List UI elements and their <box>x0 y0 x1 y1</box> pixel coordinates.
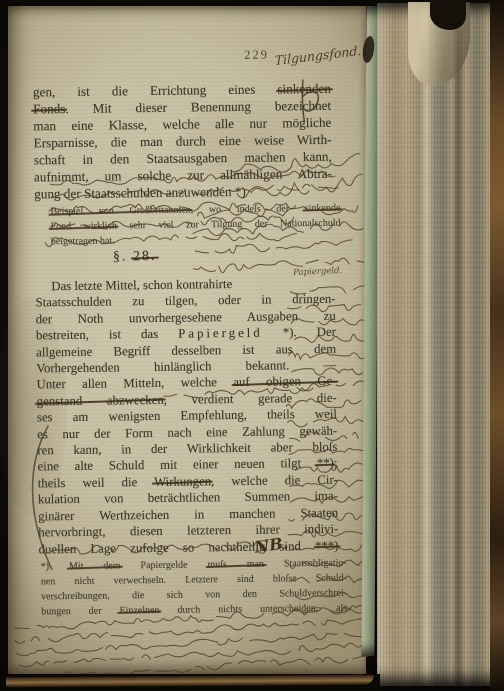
margin-note-tilgungsfond: Tilgungsfond. <box>275 43 362 68</box>
page-content: 229 Tilgungsfond. gen, ist die Errichtun… <box>4 3 370 675</box>
printed-paragraph-1: gen, ist die Errichtung eines sinkendenF… <box>33 80 332 203</box>
printed-text-segment: Beispiel von Großbritannien <box>50 205 190 218</box>
printed-text-segment: Staatsobligatio- <box>264 558 347 570</box>
printed-text-segment: aufnimmt, um solche zur allmähligen Abtr… <box>34 166 332 185</box>
printed-text-segment: Wirkungen <box>154 474 211 489</box>
printed-text-segment: beigetragen hat. <box>51 235 115 247</box>
printed-text-segment: auf obigen Ge- <box>233 374 336 389</box>
printed-text-segment: gung der Staatsschulden anzuwenden *) <box>34 184 246 202</box>
printed-text-segment: Fond wirklich <box>51 220 117 232</box>
page-number: 229 <box>232 47 280 63</box>
printed-text-segment: , welche die Cir- <box>211 473 338 489</box>
printed-text-segment: sehr viel zur Tilgung der Nationalschuld <box>117 218 341 232</box>
printed-text-segment: durch nichts unterscheiden, als <box>159 603 347 616</box>
printed-text-segment: , verdient gerade die- <box>164 391 337 407</box>
section-heading: §. 28. <box>113 249 157 266</box>
printed-text-segment: bungen der <box>41 605 119 617</box>
printed-text-segment: , wo indeſs der <box>191 203 305 215</box>
printed-text-segment: Fonds <box>33 101 65 116</box>
printed-text-segment: Das letzte Mittel, schon kontrahirte <box>35 277 232 293</box>
printed-text-segment: ses am wenigsten Empfehlung, theils weil <box>37 407 337 425</box>
printed-text-segment: Staatsschulden zu tilgen, oder in dringe… <box>35 292 335 310</box>
printed-paragraph-2: Das letzte Mittel, schon kontrahirteStaa… <box>35 275 338 558</box>
book-photo: 229 Tilgungsfond. gen, ist die Errichtun… <box>0 0 504 691</box>
inline-note-struck: Beispiel von Großbritannien, wo indeſs d… <box>50 201 341 250</box>
printed-text-segment: nen nicht verwechseln. Letztere sind blo… <box>41 573 347 588</box>
printed-text-segment: kulation von beträchtlichen Summen ima- <box>38 489 338 507</box>
printed-text-segment: *). Der <box>263 325 336 340</box>
printed-text-segment: Mit dem <box>69 560 121 572</box>
printed-text-segment: Papiergelde <box>121 559 208 571</box>
book-cover-board <box>490 0 504 691</box>
printed-text-segment: verschreibungen, die sich von den Schuld… <box>41 588 347 603</box>
printed-text-segment: sinkende <box>305 203 341 214</box>
printed-text-segment: ***) <box>315 538 339 552</box>
printed-text-segment: gen, ist die Errichtung eines <box>33 81 278 99</box>
edge-damage-notch <box>430 0 466 30</box>
printed-text-segment: sinkenden <box>277 81 331 97</box>
printed-text-segment: Einzelnen <box>119 605 159 616</box>
printed-text-segment: eine alte Schuld mit einer neuen tilgt <box>37 456 317 473</box>
book-page: 229 Tilgungsfond. gen, ist die Errichtun… <box>8 6 366 674</box>
margin-bracket <box>19 422 61 574</box>
printed-text-segment: bestreiten, ist das <box>36 327 178 343</box>
printed-text-segment: §. <box>113 249 133 264</box>
footnote: *) Mit dem Papiergelde muſs man Staatsob… <box>41 556 348 620</box>
printed-text-segment: **) <box>317 456 334 470</box>
printed-text-segment: hervorbringt, diesen letzteren ihrer ind… <box>38 522 338 540</box>
printed-text-segment: genstand abzwecken <box>37 393 164 409</box>
printed-text-segment: 28. <box>133 249 157 264</box>
printed-text-segment: muſs man <box>207 559 264 571</box>
printed-text-segment: Papiergeld <box>178 326 263 341</box>
printed-text-segment: Unter allen Mitteln, welche <box>36 375 233 391</box>
book-fore-edge <box>377 3 490 686</box>
